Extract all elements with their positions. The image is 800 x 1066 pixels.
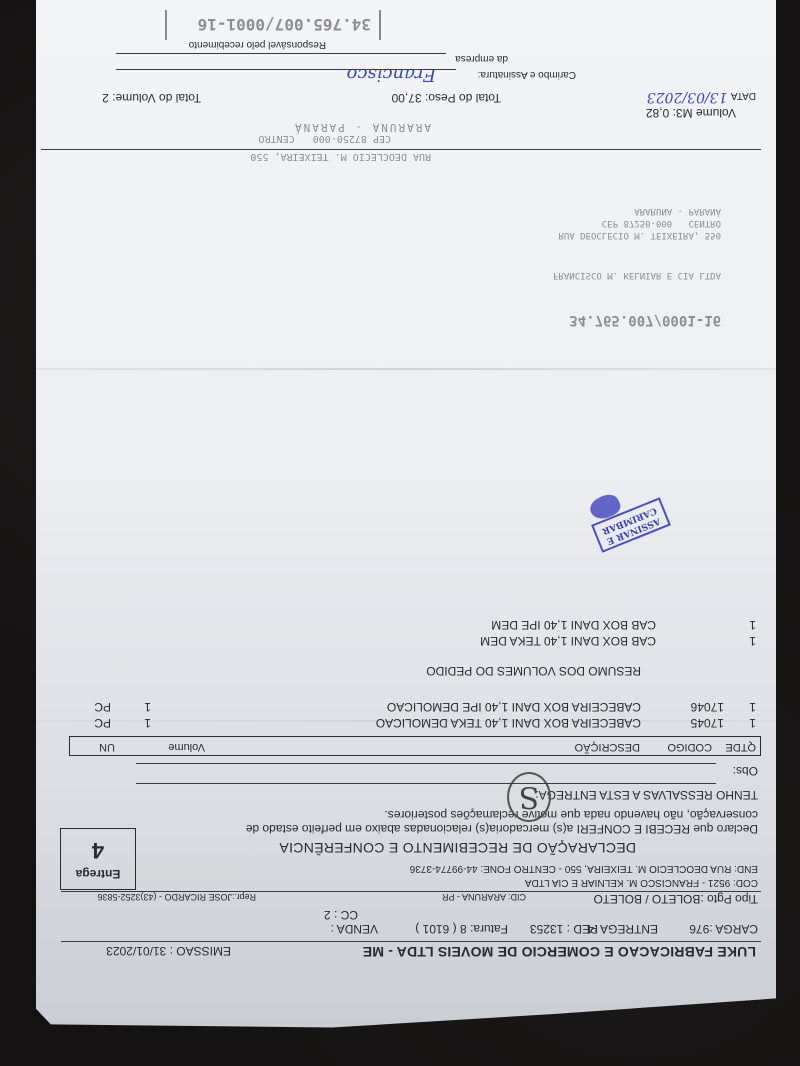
signature-line xyxy=(116,69,456,70)
company-name: LUKE FABRICACAO E COMERCIO DE MOVEIS LTD… xyxy=(363,944,756,960)
responsavel-label: Responsável pelo recebimento xyxy=(189,39,326,50)
obs-label: Obs: xyxy=(733,764,758,778)
da-empresa-label: da empresa xyxy=(455,53,508,64)
stamp-street: RUA DEOCLECIO M. TEIXEIRA, 550 xyxy=(250,151,431,162)
faded-stamp-cnpj: 34.765.007/0001-16 xyxy=(569,312,721,328)
tipo-pagamento: Tipo Pgto :BOLETO / BOLETO xyxy=(593,892,758,906)
signature-line xyxy=(116,53,446,54)
date-field: DATA 13/03/2023 xyxy=(647,89,756,105)
emissao-field: EMISSAO : 31/01/2023 xyxy=(106,944,231,958)
entrega-number: 4 xyxy=(92,837,104,863)
cc-field: CC : 2 xyxy=(324,908,358,922)
stamp-cep: CEP 87250-000 CENTRO xyxy=(259,133,391,144)
volumes-summary-title: RESUMO DOS VOLUMES DO PEDIDO xyxy=(426,664,641,678)
customer-address-line: END: RUA DEOCLECIO M. TEIXEIRA, 550 - CE… xyxy=(410,863,758,874)
items-table-header: QTDE CODIGO DESCRIÇÃO Volume UN xyxy=(69,736,761,756)
fatura-field: Fatura: 8 ( 6101 ) xyxy=(415,922,508,936)
stamp-city: ARARUNA - PARANÁ xyxy=(293,121,431,134)
entrega-box: Entrega 4 xyxy=(60,828,136,890)
carga-field: CARGA :976 xyxy=(689,922,758,936)
obs-line xyxy=(136,783,716,784)
faded-stamp-city: ARARUNA - PARANÁ xyxy=(634,206,721,216)
customer-code-line: COD: 9521 - FRANCISCO M. KELNIAR E CIA L… xyxy=(525,877,758,888)
total-volume: Total do Volume: 2 xyxy=(102,91,201,105)
divider xyxy=(41,149,761,150)
faded-stamp-cep: CEP 87250-000 CENTRO xyxy=(602,218,721,228)
ressalvas-question: TENHO RESSALVAS A ESTA ENTREGA: xyxy=(535,788,758,802)
carimbo-label: Carimbo e Assinatura: xyxy=(478,69,576,80)
emissao-date: 31/01/2023 xyxy=(106,944,166,958)
divider xyxy=(61,941,761,942)
delivery-receipt-document: LUKE FABRICACAO E COMERCIO DE MOVEIS LTD… xyxy=(36,0,776,1040)
venda-field: VENDA : xyxy=(331,922,378,936)
declaration-title: DECLARAÇÃO DE RECEBIMENTO E CONFERÊNCIA xyxy=(279,840,636,856)
circled-answer: S xyxy=(507,772,551,822)
declaration-text-1: Declaro que RECEBI E CONFERI a(s) mercad… xyxy=(246,822,758,836)
obs-line xyxy=(136,763,716,764)
faded-stamp-street: RUA DEOCLECIO M. TEIXEIRA, 550 xyxy=(558,230,721,240)
cid-line: CID: ARARUNA - PR xyxy=(442,892,526,902)
volume-m3: Volume M3: 0,82 xyxy=(646,106,736,120)
ped-field: PED : 13253 xyxy=(530,922,598,936)
total-peso: Total do Peso: 37,00 xyxy=(392,91,501,105)
handwritten-date: 13/03/2023 xyxy=(647,89,728,105)
stamp-border xyxy=(165,10,381,40)
representative: Repr.:JOSE RICARDO - (43)3252-5836 xyxy=(97,892,256,902)
declaration-text-2: conservação, não havendo nada que motive… xyxy=(384,808,758,822)
signature: Francisco xyxy=(347,64,436,85)
faded-stamp-name: FRANCISCO M. KELNIAR E CIA LTDA xyxy=(553,270,721,280)
